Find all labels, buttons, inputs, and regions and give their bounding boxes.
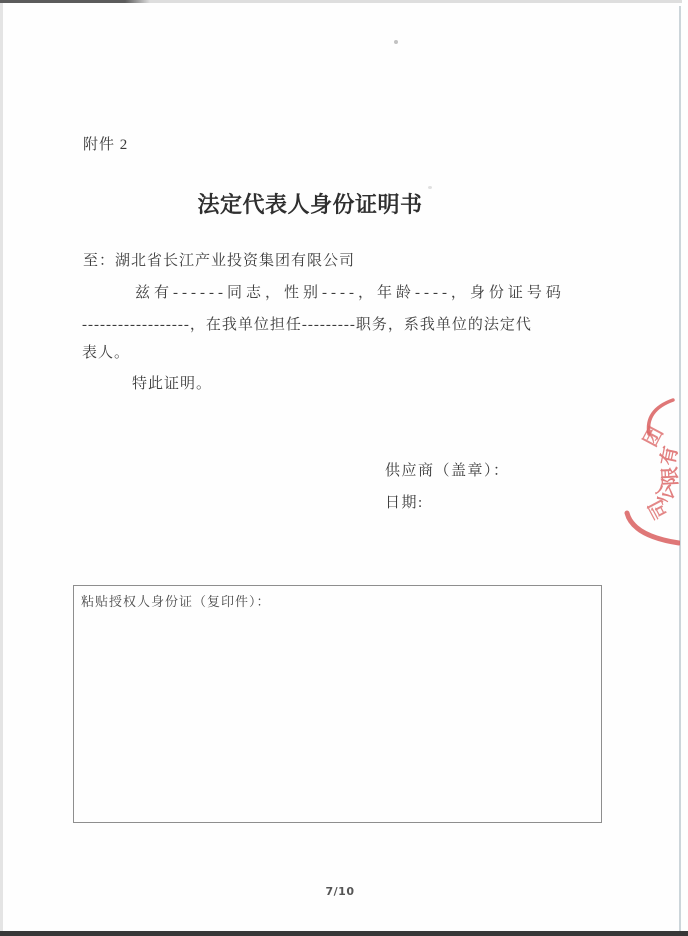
scanned-document-page: 附件 2 法定代表人身份证明书 至：湖北省长江产业投资集团有限公司 兹有----… xyxy=(0,0,688,936)
certify-line: 特此证明。 xyxy=(132,372,212,393)
scan-artifact-dot xyxy=(394,40,398,44)
scan-edge-top xyxy=(0,0,682,3)
red-company-seal-partial: 团 有 限 公 司 xyxy=(618,392,680,550)
page-number: 7/10 xyxy=(80,885,600,898)
scan-edge-bottom xyxy=(0,931,688,936)
body-line-1: 兹有------同志，性别----，年龄----，身份证号码 xyxy=(135,281,565,302)
date-label: 日期: xyxy=(385,491,424,512)
supplier-seal-label: 供应商（盖章）： xyxy=(385,459,510,480)
paste-box-label: 粘贴授权人身份证（复印件）： xyxy=(81,591,271,610)
attachment-label: 附件 2 xyxy=(83,133,128,154)
id-copy-paste-box: 粘贴授权人身份证（复印件）： xyxy=(73,585,602,823)
body-line-2: ------------------，在我单位担任---------职务，系我单… xyxy=(82,313,532,334)
recipient-line: 至：湖北省长江产业投资集团有限公司 xyxy=(83,249,355,270)
scan-edge-left xyxy=(0,3,3,931)
body-line-3: 表人。 xyxy=(82,341,130,362)
page-title: 法定代表人身份证明书 xyxy=(80,188,540,219)
